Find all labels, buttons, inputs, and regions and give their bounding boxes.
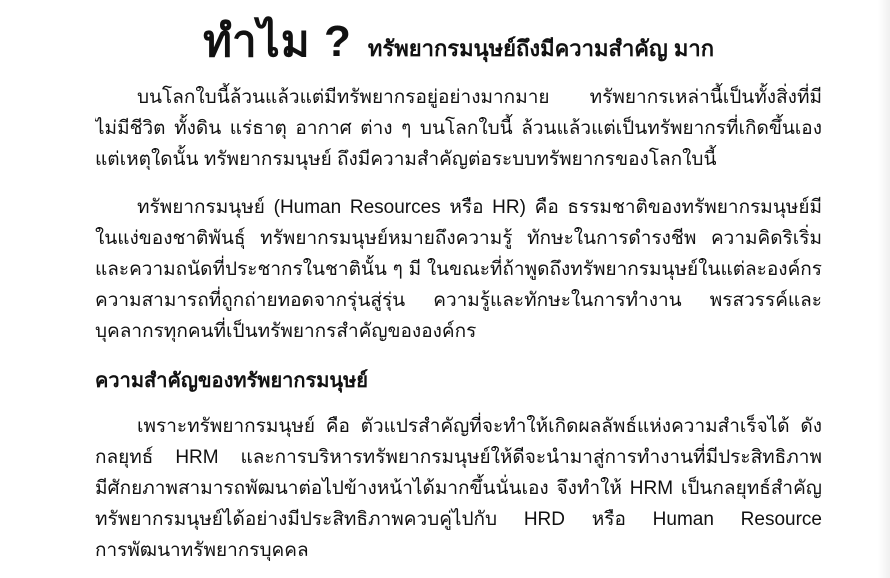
paragraph-line: การพัฒนาทรัพยากรบุคคล [95,535,822,566]
paragraph-line: ความสามารถที่ถูกถ่ายทอดจากรุ่นสู่รุ่น คว… [95,285,822,316]
page-title: ทำไม ? ทรัพยากรมนุษย์ถึงมีความสำคัญ มาก [95,6,822,76]
page-edge-shadow [878,0,890,578]
paragraph-line: บุคลากรทุกคนที่เป็นทรัพยากรสำคัญขององค์ก… [95,316,822,347]
paragraph-line: มีศักยภาพสามารถพัฒนาต่อไปข้างหน้าได้มากข… [95,473,822,504]
paragraph-line: บนโลกใบนี้ล้วนแล้วแต่มีทรัพยากรอยู่อย่าง… [95,82,822,113]
page-title-sub: ทรัพยากรมนุษย์ถึงมีความสำคัญ มาก [368,31,714,66]
paragraph-line: ในแง่ของชาติพันธุ์ ทรัพยากรมนุษย์หมายถึง… [95,223,822,254]
paragraph-line: เพราะทรัพยากรมนุษย์ คือ ตัวแปรสำคัญที่จะ… [95,411,822,442]
paragraph: เพราะทรัพยากรมนุษย์ คือ ตัวแปรสำคัญที่จะ… [95,411,822,566]
paragraph-line: แต่เหตุใดนั้น ทรัพยากรมนุษย์ ถึงมีความสำ… [95,144,822,175]
section-heading: ความสำคัญของทรัพยากรมนุษย์ [95,366,822,396]
paragraph-line: ทรัพยากรมนุษย์ (Human Resources หรือ HR)… [95,192,822,223]
article-page: ทำไม ? ทรัพยากรมนุษย์ถึงมีความสำคัญ มาก … [0,0,890,578]
paragraph-line: และความถนัดที่ประชากรในชาตินั้น ๆ มี ในข… [95,254,822,285]
document-body: บนโลกใบนี้ล้วนแล้วแต่มีทรัพยากรอยู่อย่าง… [95,82,822,566]
paragraph-line: ทรัพยากรมนุษย์ได้อย่างมีประสิทธิภาพควบคู… [95,504,822,535]
paragraph: ทรัพยากรมนุษย์ (Human Resources หรือ HR)… [95,192,822,347]
page-title-big: ทำไม ? [203,6,352,76]
paragraph: บนโลกใบนี้ล้วนแล้วแต่มีทรัพยากรอยู่อย่าง… [95,82,822,175]
paragraph-line: กลยุทธ์ HRM และการบริหารทรัพยากรมนุษย์ให… [95,442,822,473]
paragraph-line: ไม่มีชีวิต ทั้งดิน แร่ธาตุ อากาศ ต่าง ๆ … [95,113,822,144]
